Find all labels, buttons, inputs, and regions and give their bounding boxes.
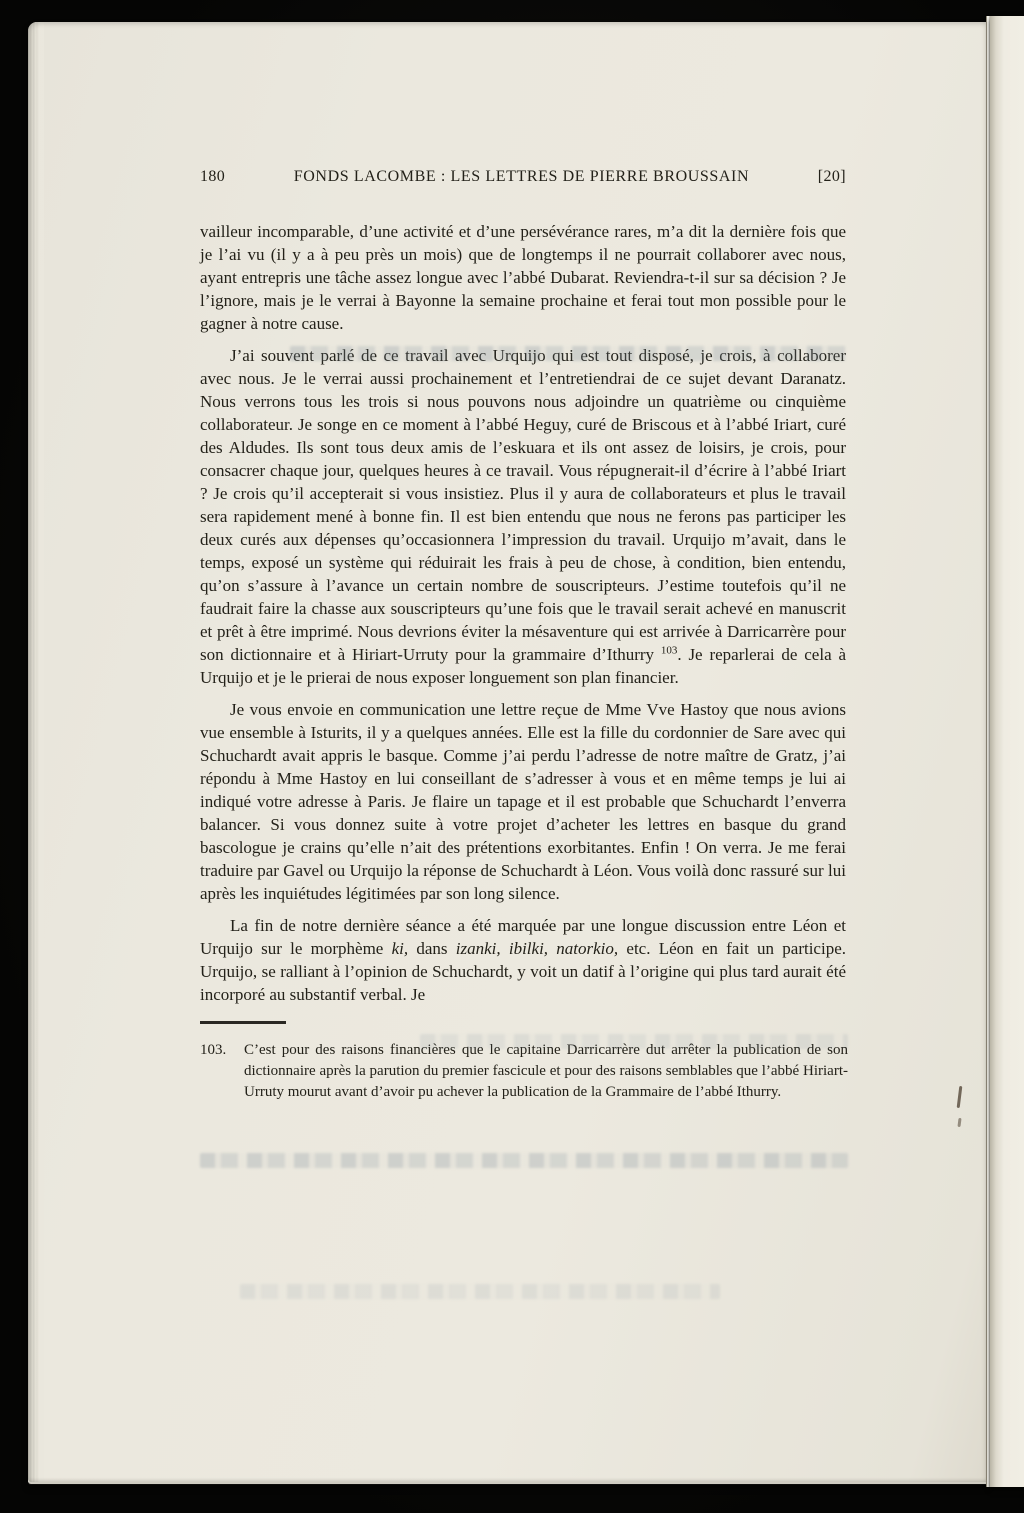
footnote: 103. C’est pour des raisons financières … bbox=[200, 1040, 848, 1103]
page-content: 180 FONDS LACOMBE : LES LETTRES DE PIERR… bbox=[200, 168, 846, 1103]
paragraph: J’ai souvent parlé de ce travail avec Ur… bbox=[200, 344, 846, 689]
footnote-separator-rule bbox=[200, 1021, 286, 1024]
folio-marker: [20] bbox=[818, 168, 846, 186]
running-header: 180 FONDS LACOMBE : LES LETTRES DE PIERR… bbox=[200, 168, 846, 186]
facing-page-edge bbox=[990, 16, 1024, 1487]
paragraph: vailleur incomparable, d’une activité et… bbox=[200, 220, 846, 335]
running-header-title: FONDS LACOMBE : LES LETTRES DE PIERRE BR… bbox=[294, 168, 749, 186]
paragraph: Je vous envoie en communication une lett… bbox=[200, 698, 846, 905]
photo-backdrop: 180 FONDS LACOMBE : LES LETTRES DE PIERR… bbox=[0, 0, 1024, 1513]
footnote-text: C’est pour des raisons financières que l… bbox=[244, 1042, 848, 1100]
page-stack-edge bbox=[28, 22, 44, 1482]
letter-body-text: vailleur incomparable, d’une activité et… bbox=[200, 220, 846, 1006]
show-through-artifact bbox=[240, 1284, 720, 1299]
show-through-artifact bbox=[200, 1153, 848, 1168]
book-page: 180 FONDS LACOMBE : LES LETTRES DE PIERR… bbox=[28, 22, 988, 1484]
page-number: 180 bbox=[200, 168, 225, 186]
paragraph: La fin de notre dernière séance a été ma… bbox=[200, 914, 846, 1006]
footnote-number: 103. bbox=[200, 1040, 226, 1061]
